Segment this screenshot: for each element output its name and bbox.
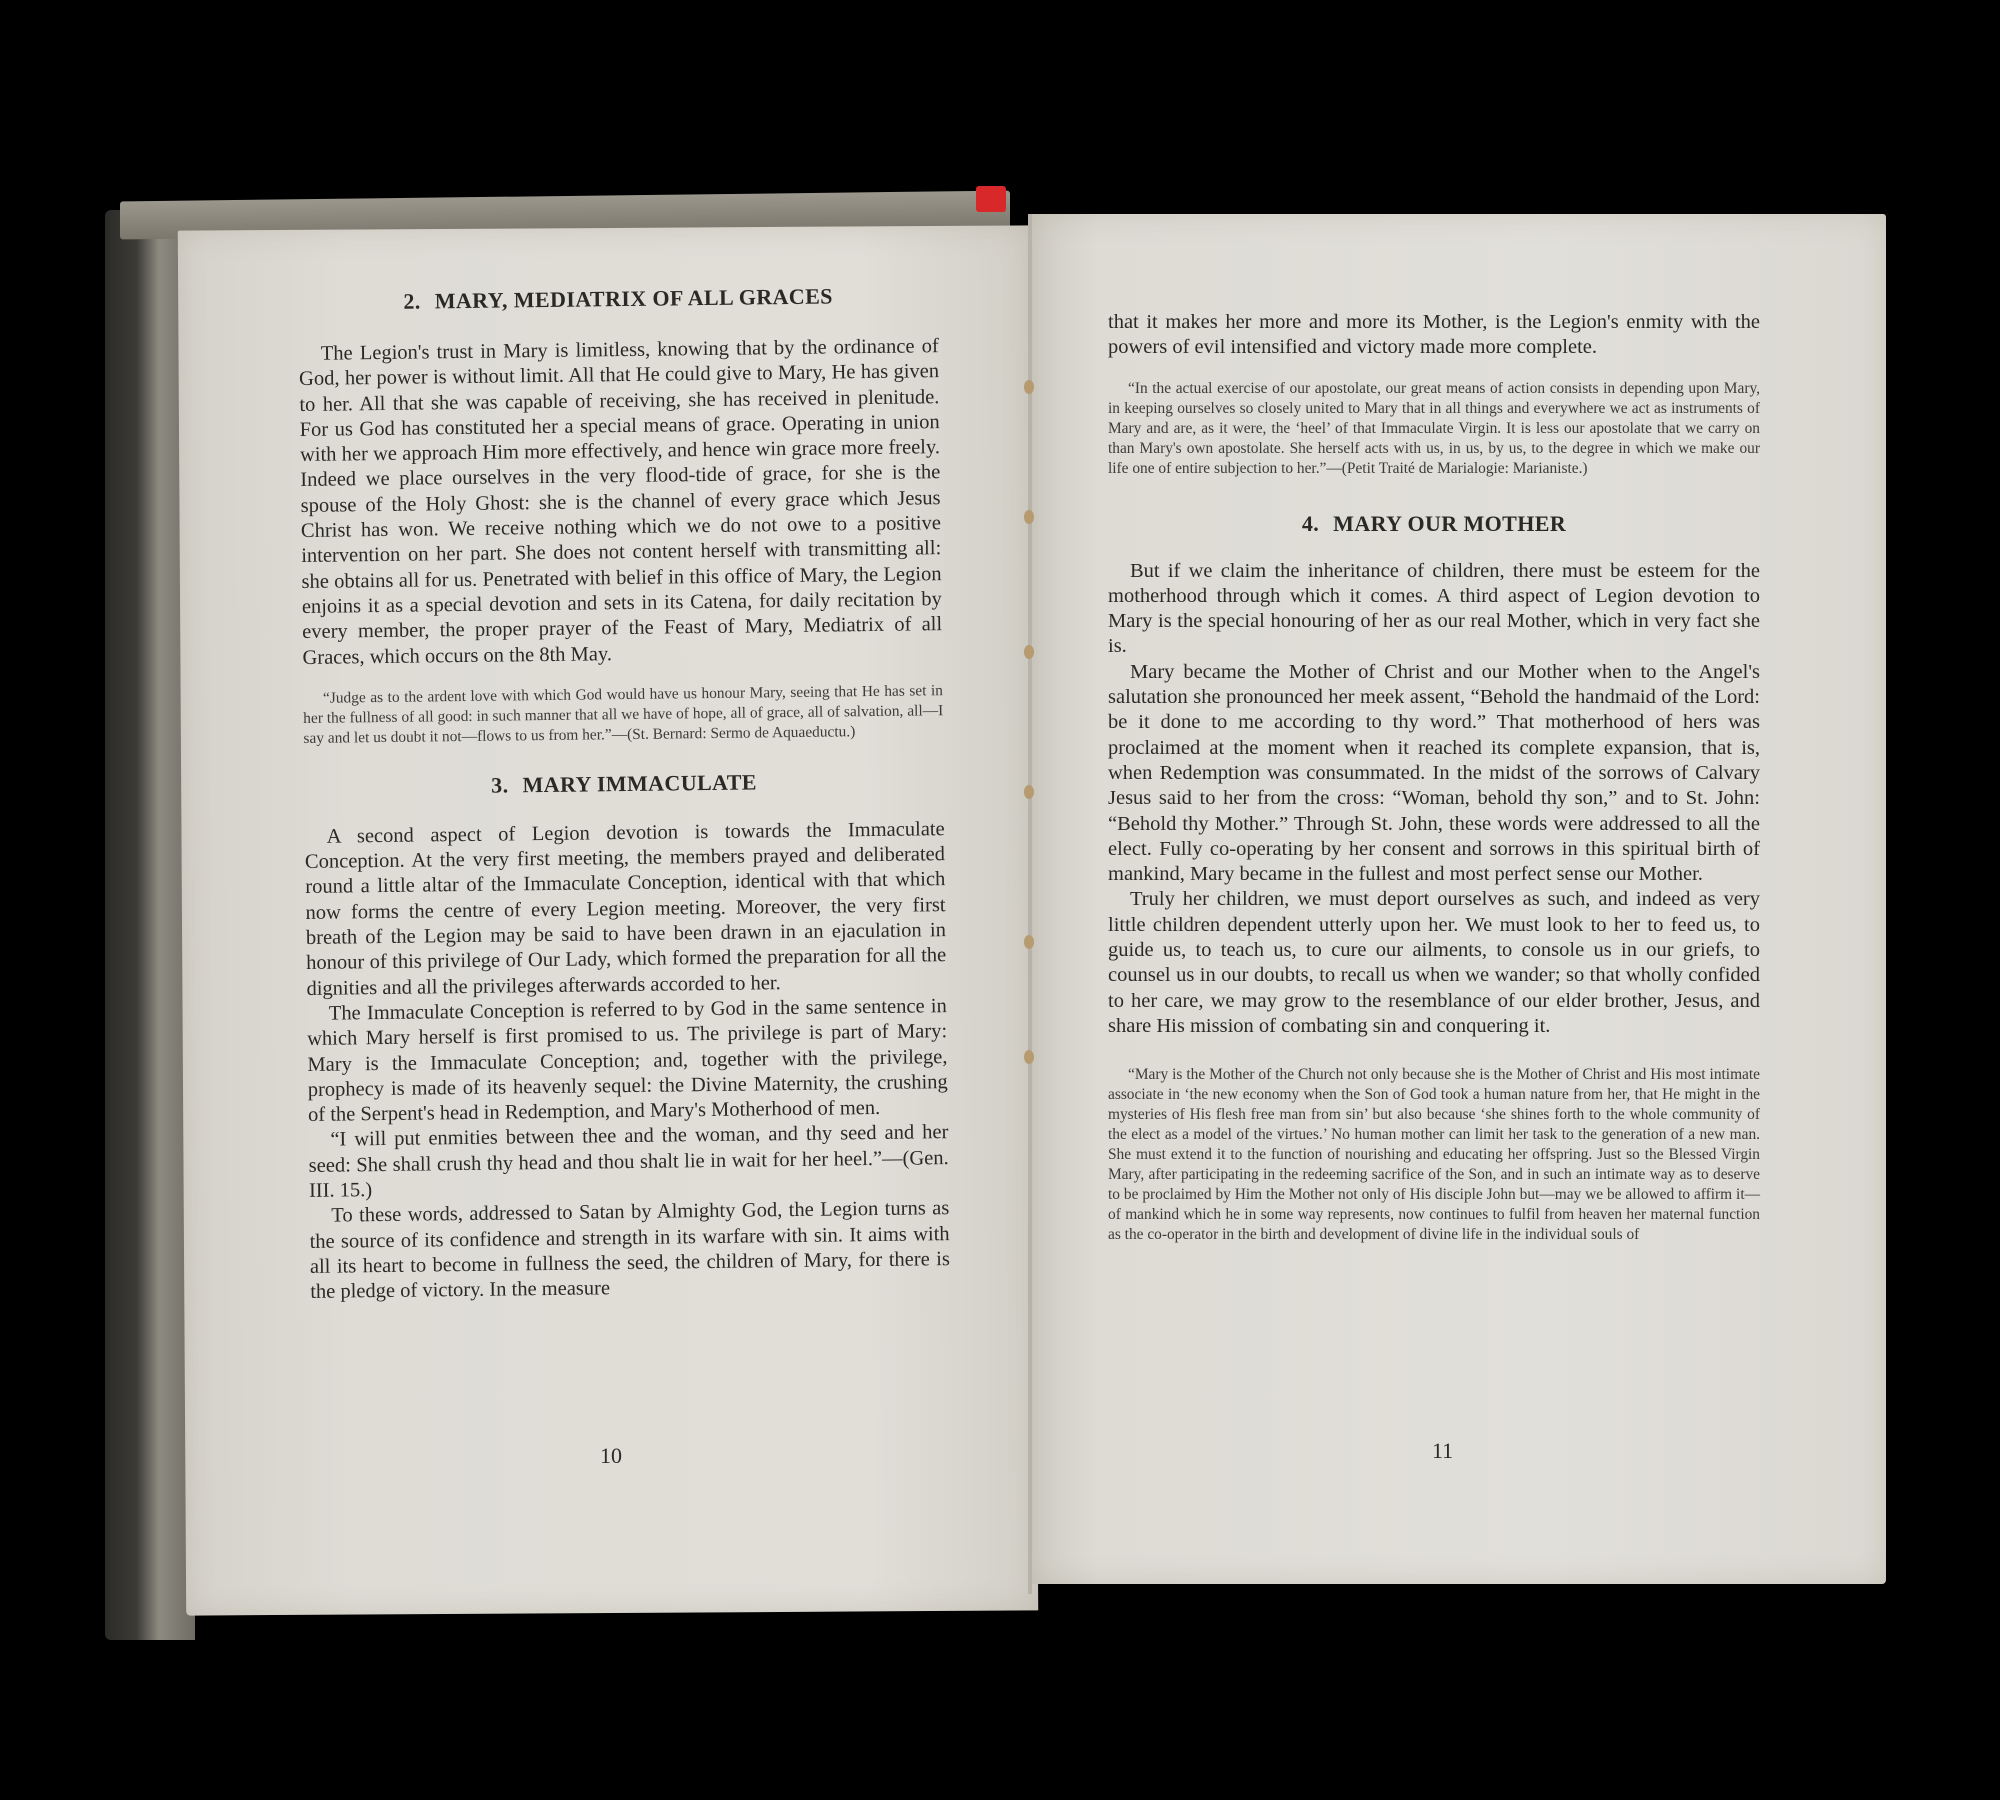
binding-stitch [1024,645,1034,659]
body-paragraph: The Legion's trust in Mary is limitless,… [299,334,943,671]
body-paragraph: The Immaculate Conception is referred to… [307,994,948,1128]
binding-stitch [1024,1050,1034,1064]
section-number: 4. [1302,511,1319,536]
section-number: 3. [491,772,509,797]
page-number-right: 11 [1432,1438,1453,1464]
section-heading: 4.MARY OUR MOTHER [1108,511,1760,537]
body-paragraph: Truly her children, we must deport ourse… [1108,887,1760,1039]
binding-stitch [1024,935,1034,949]
section-title: MARY IMMACULATE [522,769,757,797]
block-quote: “Judge as to the ardent love with which … [303,681,944,749]
binding-stitch [1024,785,1034,799]
block-quote: “Mary is the Mother of the Church not on… [1108,1065,1760,1245]
block-quote: “In the actual exercise of our apostolat… [1108,379,1760,479]
body-paragraph: To these words, addressed to Satan by Al… [309,1196,950,1305]
scripture-quote: “I will put enmities between thee and th… [308,1121,949,1205]
spine-red-tag [976,186,1006,212]
section-title: MARY OUR MOTHER [1333,511,1566,536]
section-number: 2. [403,289,421,314]
body-paragraph: But if we claim the inheritance of child… [1108,559,1760,660]
right-page-text: that it makes her more and more its Moth… [1108,310,1760,1245]
page-number-left: 10 [600,1443,622,1469]
body-paragraph: A second aspect of Legion devotion is to… [305,817,947,1002]
section-title: MARY, MEDIATRIX OF ALL GRACES [435,283,833,313]
binding-stitch [1024,510,1034,524]
left-page-text: 2.MARY, MEDIATRIX OF ALL GRACES The Legi… [298,282,950,1305]
continued-paragraph: that it makes her more and more its Moth… [1108,310,1760,361]
binding-stitch [1024,380,1034,394]
book-gutter [1028,214,1032,1594]
body-paragraph: Mary became the Mother of Christ and our… [1108,660,1760,888]
